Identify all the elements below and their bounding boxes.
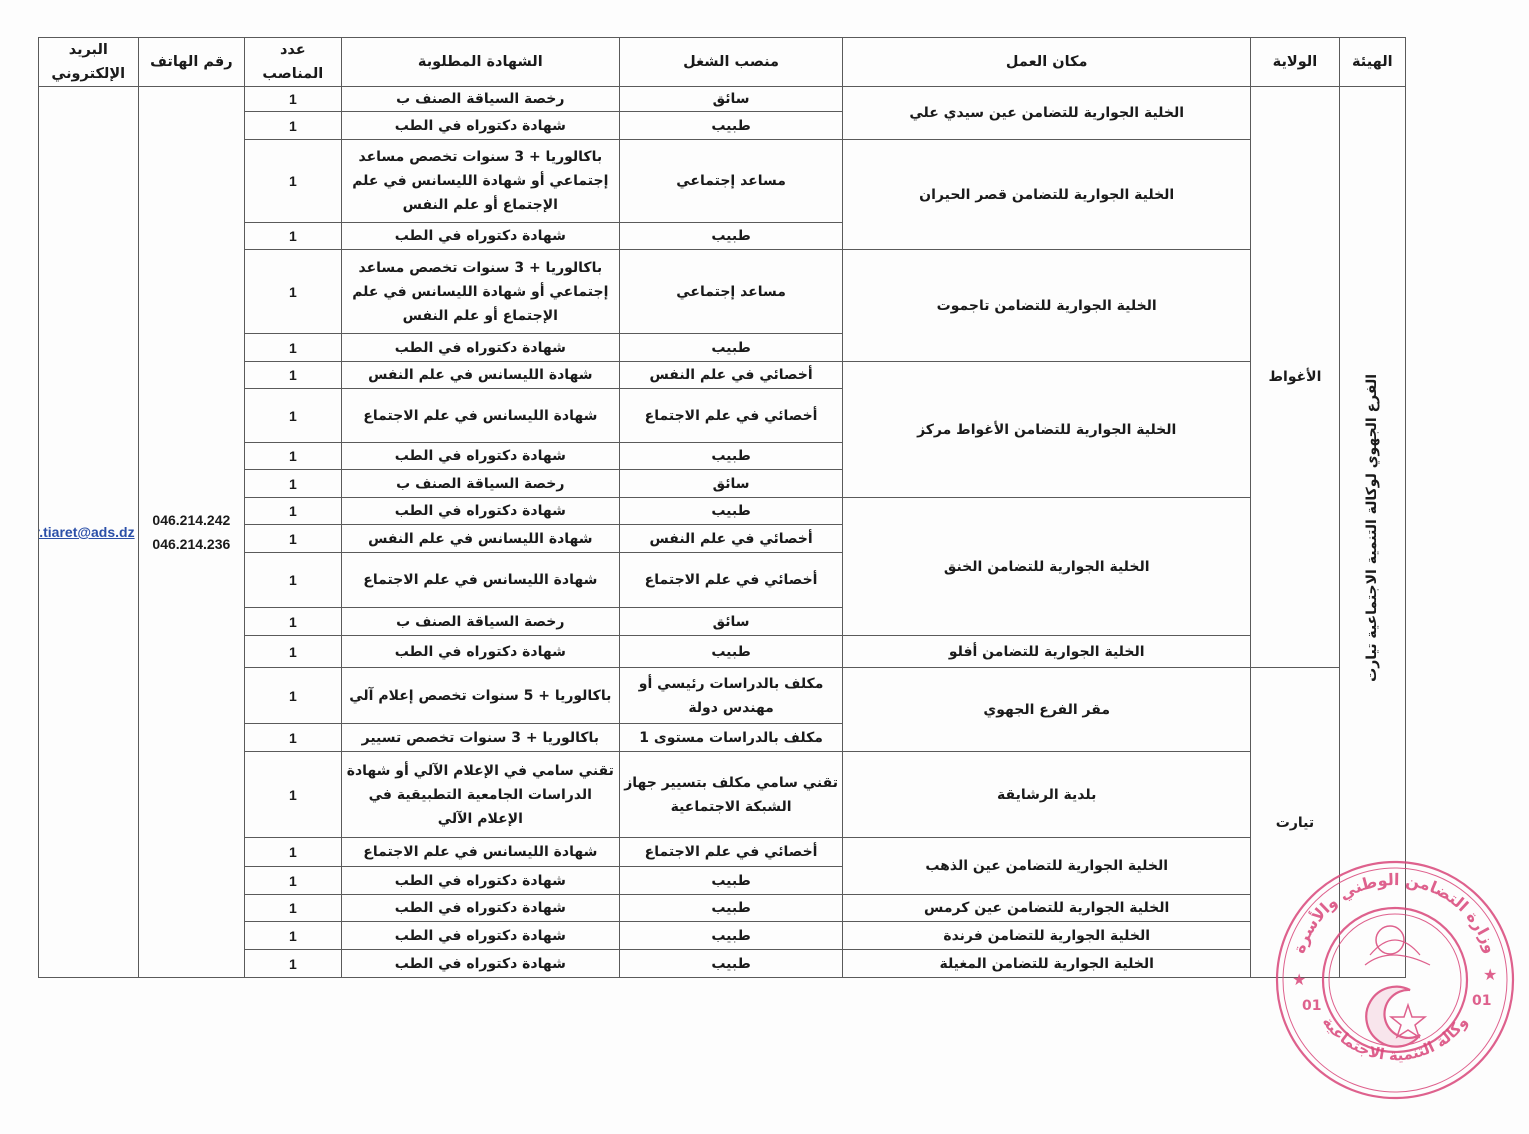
place-cell: الخلية الجوارية للتضامن أفلو: [843, 636, 1251, 668]
job-cell: أخصائي في علم الاجتماع: [620, 389, 843, 443]
place-cell: الخلية الجوارية للتضامن الأغواط مركز: [843, 362, 1251, 498]
certificate-cell: شهادة دكتوراه في الطب: [341, 334, 619, 362]
place-cell: الخلية الجوارية للتضامن المغيلة: [843, 950, 1251, 978]
certificate-cell: شهادة دكتوراه في الطب: [341, 223, 619, 250]
count-cell: 1: [245, 362, 341, 389]
stamp-number-right: 01: [1472, 993, 1491, 1009]
count-cell: 1: [245, 112, 341, 140]
job-cell: أخصائي في علم النفس: [620, 525, 843, 553]
place-cell: بلدية الرشايقة: [843, 752, 1251, 838]
count-cell: 1: [245, 553, 341, 608]
count-cell: 1: [245, 140, 341, 223]
wilaya-label: الأغواط: [1269, 369, 1322, 385]
phone-cell: 046.214.242 046.214.236: [138, 87, 245, 978]
job-cell: مكلف بالدراسات مستوى 1: [620, 724, 843, 752]
place-cell: الخلية الجوارية للتضامن فرندة: [843, 922, 1251, 950]
haya-label: الفرع الجهوي لوكالة التنمية الاجتماعية ت…: [1360, 374, 1384, 682]
count-cell: 1: [245, 724, 341, 752]
count-cell: 1: [245, 470, 341, 498]
svg-text:وكالة التنمية الاجتماعية: وكالة التنمية الاجتماعية: [1319, 1013, 1471, 1064]
job-cell: طبيب: [620, 334, 843, 362]
count-cell: 1: [245, 752, 341, 838]
certificate-cell: شهادة دكتوراه في الطب: [341, 443, 619, 470]
header-haya: الهيئة: [1339, 38, 1405, 87]
certificate-cell: شهادة دكتوراه في الطب: [341, 922, 619, 950]
job-cell: أخصائي في علم الاجتماع: [620, 838, 843, 867]
certificate-cell: شهادة دكتوراه في الطب: [341, 867, 619, 895]
job-cell: تقني سامي مكلف بتسيير جهاز الشبكة الاجتم…: [620, 752, 843, 838]
header-certificate: الشهادة المطلوبة: [341, 38, 619, 87]
job-cell: طبيب: [620, 443, 843, 470]
job-positions-table: الهيئة الولاية مكان العمل منصب الشغل الش…: [38, 37, 1406, 978]
certificate-cell: شهادة الليسانس في علم الاجتماع: [341, 838, 619, 867]
place-cell: الخلية الجوارية للتضامن عين سيدي علي: [843, 87, 1251, 140]
count-cell: 1: [245, 895, 341, 922]
count-cell: 1: [245, 525, 341, 553]
count-cell: 1: [245, 867, 341, 895]
certificate-cell: رخصة السياقة الصنف ب: [341, 470, 619, 498]
stamp-number-left: 01: [1302, 998, 1321, 1014]
header-row: الهيئة الولاية مكان العمل منصب الشغل الش…: [39, 38, 1406, 87]
certificate-cell: رخصة السياقة الصنف ب: [341, 608, 619, 636]
job-cell: سائق: [620, 470, 843, 498]
count-cell: 1: [245, 443, 341, 470]
count-cell: 1: [245, 838, 341, 867]
certificate-cell: شهادة الليسانس في علم النفس: [341, 525, 619, 553]
header-email: البريد الإلكتروني: [39, 38, 139, 87]
table-row: الفرع الجهوي لوكالة التنمية الاجتماعية ت…: [39, 87, 1406, 112]
certificate-cell: شهادة دكتوراه في الطب: [341, 636, 619, 668]
certificate-cell: شهادة دكتوراه في الطب: [341, 498, 619, 525]
place-cell: مقر الفرع الجهوي: [843, 668, 1251, 752]
place-cell: الخلية الجوارية للتضامن عين الذهب: [843, 838, 1251, 895]
place-cell: الخلية الجوارية للتضامن عين كرمس: [843, 895, 1251, 922]
wilaya-label: تيارت: [1276, 815, 1314, 831]
certificate-cell: باكالوريا + 3 سنوات تخصص تسيير: [341, 724, 619, 752]
header-job: منصب الشغل: [620, 38, 843, 87]
count-cell: 1: [245, 668, 341, 724]
svg-text:★: ★: [1483, 965, 1497, 984]
header-count: عدد المناصب: [245, 38, 341, 87]
document-page: الهيئة الولاية مكان العمل منصب الشغل الش…: [0, 0, 1529, 1134]
email-cell: ar.tiaret@ads.dz: [39, 87, 139, 978]
place-cell: الخلية الجوارية للتضامن قصر الحيران: [843, 140, 1251, 250]
phone-number-2: 046.214.236: [143, 532, 241, 556]
certificate-cell: باكالوريا + 3 سنوات تخصص مساعد إجتماعي أ…: [341, 140, 619, 223]
haya-cell: الفرع الجهوي لوكالة التنمية الاجتماعية ت…: [1339, 87, 1405, 978]
wilaya-cell-laghouat: الأغواط: [1251, 87, 1339, 668]
certificate-cell: رخصة السياقة الصنف ب: [341, 87, 619, 112]
count-cell: 1: [245, 950, 341, 978]
job-cell: مساعد إجتماعي: [620, 140, 843, 223]
certificate-cell: شهادة دكتوراه في الطب: [341, 895, 619, 922]
job-cell: سائق: [620, 608, 843, 636]
count-cell: 1: [245, 608, 341, 636]
wilaya-cell-tiaret: تيارت: [1251, 668, 1339, 978]
count-cell: 1: [245, 498, 341, 525]
job-cell: طبيب: [620, 498, 843, 525]
count-cell: 1: [245, 922, 341, 950]
email-link[interactable]: ar.tiaret@ads.dz: [39, 524, 135, 540]
count-cell: 1: [245, 636, 341, 668]
count-cell: 1: [245, 334, 341, 362]
job-cell: مساعد إجتماعي: [620, 250, 843, 334]
certificate-cell: تقني سامي في الإعلام الآلي أو شهادة الدر…: [341, 752, 619, 838]
header-wilaya: الولاية: [1251, 38, 1339, 87]
certificate-cell: شهادة دكتوراه في الطب: [341, 112, 619, 140]
count-cell: 1: [245, 223, 341, 250]
count-cell: 1: [245, 389, 341, 443]
header-phone: رقم الهاتف: [138, 38, 245, 87]
header-place: مكان العمل: [843, 38, 1251, 87]
certificate-cell: شهادة دكتوراه في الطب: [341, 950, 619, 978]
job-cell: طبيب: [620, 895, 843, 922]
job-cell: طبيب: [620, 950, 843, 978]
certificate-cell: شهادة الليسانس في علم الاجتماع: [341, 389, 619, 443]
count-cell: 1: [245, 250, 341, 334]
job-cell: سائق: [620, 87, 843, 112]
job-cell: طبيب: [620, 112, 843, 140]
job-cell: مكلف بالدراسات رئيسي أو مهندس دولة: [620, 668, 843, 724]
place-cell: الخلية الجوارية للتضامن الخنق: [843, 498, 1251, 636]
job-cell: أخصائي في علم النفس: [620, 362, 843, 389]
count-cell: 1: [245, 87, 341, 112]
certificate-cell: باكالوريا + 5 سنوات تخصص إعلام آلي: [341, 668, 619, 724]
stamp-bottom-text: وكالة التنمية الاجتماعية: [1319, 1013, 1471, 1064]
certificate-cell: باكالوريا + 3 سنوات تخصص مساعد إجتماعي أ…: [341, 250, 619, 334]
job-cell: طبيب: [620, 867, 843, 895]
job-cell: طبيب: [620, 636, 843, 668]
job-cell: طبيب: [620, 922, 843, 950]
certificate-cell: شهادة الليسانس في علم الاجتماع: [341, 553, 619, 608]
certificate-cell: شهادة الليسانس في علم النفس: [341, 362, 619, 389]
place-cell: الخلية الجوارية للتضامن تاجموت: [843, 250, 1251, 362]
phone-number-1: 046.214.242: [143, 508, 241, 532]
job-cell: أخصائي في علم الاجتماع: [620, 553, 843, 608]
job-cell: طبيب: [620, 223, 843, 250]
